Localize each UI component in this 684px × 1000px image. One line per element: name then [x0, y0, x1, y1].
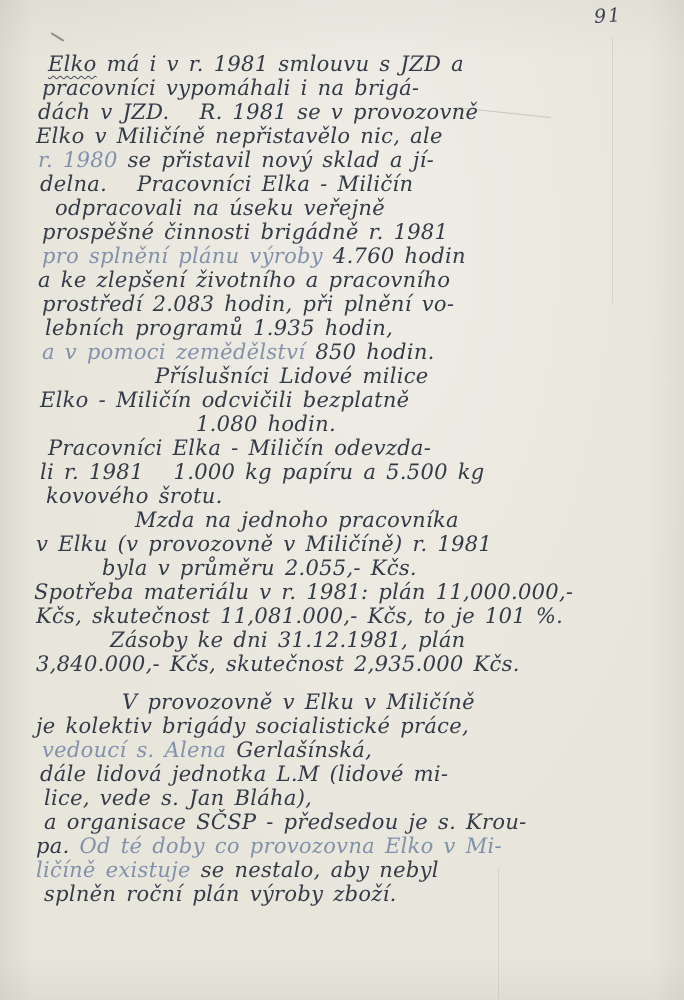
- handwritten-line: pracovníci vypomáhali i na brigá-: [0, 76, 684, 100]
- text-segment: li r. 1981 1.000 kg papíru a 5.500 kg: [40, 460, 485, 484]
- text-segment: lice, vede s. Jan Bláha),: [44, 786, 312, 810]
- text-segment: ličíně existuje: [36, 858, 201, 882]
- handwritten-line: lebních programů 1.935 hodin,: [0, 316, 684, 340]
- text-segment: delna.: [40, 172, 107, 196]
- handwritten-line: Elko má i v r. 1981 smlouvu s JZD a: [0, 52, 684, 76]
- text-segment: prospěšné činnosti brigádně r. 1981: [42, 220, 448, 244]
- handwritten-line: Pracovníci Elka - Miličín odevzda-: [0, 436, 684, 460]
- handwritten-line: Elko - Miličín odcvičili bezplatně: [0, 388, 684, 412]
- text-segment: kovového šrotu.: [46, 484, 223, 508]
- handwritten-line: Elko v Miličíně nepřistavělo nic, ale: [0, 124, 684, 148]
- handwritten-line: odpracovali na úseku veřejně: [0, 196, 684, 220]
- text-segment: 3,840.000,- Kčs, skutečnost 2,935.000 Kč…: [36, 652, 520, 676]
- handwritten-line: ličíně existuje se nestalo, aby nebyl: [0, 858, 684, 882]
- text-segment: pracovníci vypomáhali i na brigá-: [42, 76, 419, 100]
- handwritten-line: dách v JZD. R. 1981 se v provozovně: [0, 100, 684, 124]
- handwritten-line: vedoucí s. Alena Gerlašínská,: [0, 738, 684, 762]
- handwritten-line: prostředí 2.083 hodin, při plnění vo-: [0, 292, 684, 316]
- text-segment: Příslušníci Lidové milice: [155, 364, 429, 388]
- text-segment: Pracovníci Elka - Miličín: [107, 172, 413, 196]
- handwritten-text-block: Elko má i v r. 1981 smlouvu s JZD apraco…: [0, 52, 684, 906]
- scanned-chronicle-page: 91 Elko má i v r. 1981 smlouvu s JZD apr…: [0, 0, 684, 1000]
- handwritten-line: je kolektiv brigády socialistické práce,: [0, 714, 684, 738]
- text-segment: Zásoby ke dni 31.12.1981, plán: [110, 628, 466, 652]
- handwritten-line: byla v průměru 2.055,- Kčs.: [0, 556, 684, 580]
- text-segment: dách v JZD. R. 1981 se v provozovně: [38, 100, 478, 124]
- text-segment: 4.760 hodin: [333, 244, 466, 268]
- text-segment: 850 hodin.: [315, 340, 434, 364]
- text-segment: V provozovně v Elku v Miličíně: [122, 690, 475, 714]
- handwritten-line: dále lidová jednotka L.M (lidové mi-: [0, 762, 684, 786]
- text-segment: dále lidová jednotka L.M (lidové mi-: [40, 762, 448, 786]
- handwritten-line: prospěšné činnosti brigádně r. 1981: [0, 220, 684, 244]
- text-segment: a organisace SČSP - předsedou je s. Krou…: [44, 810, 527, 834]
- text-segment: splněn roční plán výroby zboží.: [44, 882, 397, 906]
- text-segment: má i v r. 1981 smlouvu s JZD a: [97, 52, 464, 76]
- text-segment: Elko v Miličíně nepřistavělo nic, ale: [36, 124, 443, 148]
- pencil-tick-mark: [51, 32, 65, 42]
- text-segment: Spotřeba materiálu v r. 1981: plán 11,00…: [34, 580, 573, 604]
- handwritten-line: V provozovně v Elku v Miličíně: [0, 690, 684, 714]
- text-segment: Elko - Miličín odcvičili bezplatně: [40, 388, 409, 412]
- text-segment: Mzda na jednoho pracovníka: [135, 508, 459, 532]
- text-segment: Kčs, skutečnost 11,081.000,- Kčs, to je …: [36, 604, 563, 628]
- text-segment: Pracovníci Elka - Miličín odevzda-: [48, 436, 431, 460]
- text-segment: vedoucí s. Alena: [42, 738, 236, 762]
- handwritten-line: Kčs, skutečnost 11,081.000,- Kčs, to je …: [0, 604, 684, 628]
- handwritten-line: v Elku (v provozovně v Miličíně) r. 1981: [0, 532, 684, 556]
- text-segment: 1.080 hodin.: [196, 412, 336, 436]
- text-segment: lebních programů 1.935 hodin,: [45, 316, 393, 340]
- handwritten-line: 1.080 hodin.: [0, 412, 684, 436]
- text-segment: se přistavil nový sklad a jí-: [128, 148, 434, 172]
- handwritten-line: a organisace SČSP - předsedou je s. Krou…: [0, 810, 684, 834]
- handwritten-line: kovového šrotu.: [0, 484, 684, 508]
- text-segment: Od té doby co provozovna Elko v Mi-: [80, 834, 502, 858]
- handwritten-line: Spotřeba materiálu v r. 1981: plán 11,00…: [0, 580, 684, 604]
- text-segment: odpracovali na úseku veřejně: [55, 196, 385, 220]
- handwritten-line: splněn roční plán výroby zboží.: [0, 882, 684, 906]
- text-segment: byla v průměru 2.055,- Kčs.: [102, 556, 417, 580]
- page-number: 91: [593, 4, 623, 28]
- handwritten-line: a v pomoci zemědělství 850 hodin.: [0, 340, 684, 364]
- handwritten-line: lice, vede s. Jan Bláha),: [0, 786, 684, 810]
- text-segment: pro splnění plánu výroby: [42, 244, 333, 268]
- handwritten-line: li r. 1981 1.000 kg papíru a 5.500 kg: [0, 460, 684, 484]
- text-segment: v Elku (v provozovně v Miličíně) r. 1981: [36, 532, 492, 556]
- text-segment: a ke zlepšení životního a pracovního: [38, 268, 450, 292]
- text-segment: Gerlašínská,: [236, 738, 372, 762]
- text-segment: se nestalo, aby nebyl: [201, 858, 439, 882]
- handwritten-line: Zásoby ke dni 31.12.1981, plán: [0, 628, 684, 652]
- handwritten-line: delna. Pracovníci Elka - Miličín: [0, 172, 684, 196]
- text-segment: je kolektiv brigády socialistické práce,: [36, 714, 469, 738]
- handwritten-line: r. 1980 se přistavil nový sklad a jí-: [0, 148, 684, 172]
- handwritten-line: Příslušníci Lidové milice: [0, 364, 684, 388]
- handwritten-line: 3,840.000,- Kčs, skutečnost 2,935.000 Kč…: [0, 652, 684, 676]
- handwritten-line: pa. Od té doby co provozovna Elko v Mi-: [0, 834, 684, 858]
- handwritten-line: pro splnění plánu výroby 4.760 hodin: [0, 244, 684, 268]
- text-segment: a v pomoci zemědělství: [42, 340, 315, 364]
- handwritten-line: a ke zlepšení životního a pracovního: [0, 268, 684, 292]
- text-segment: r. 1980: [38, 148, 128, 172]
- underlined-word: Elko: [48, 52, 97, 76]
- text-segment: pa.: [36, 834, 80, 858]
- handwritten-line: Mzda na jednoho pracovníka: [0, 508, 684, 532]
- text-segment: prostředí 2.083 hodin, při plnění vo-: [42, 292, 454, 316]
